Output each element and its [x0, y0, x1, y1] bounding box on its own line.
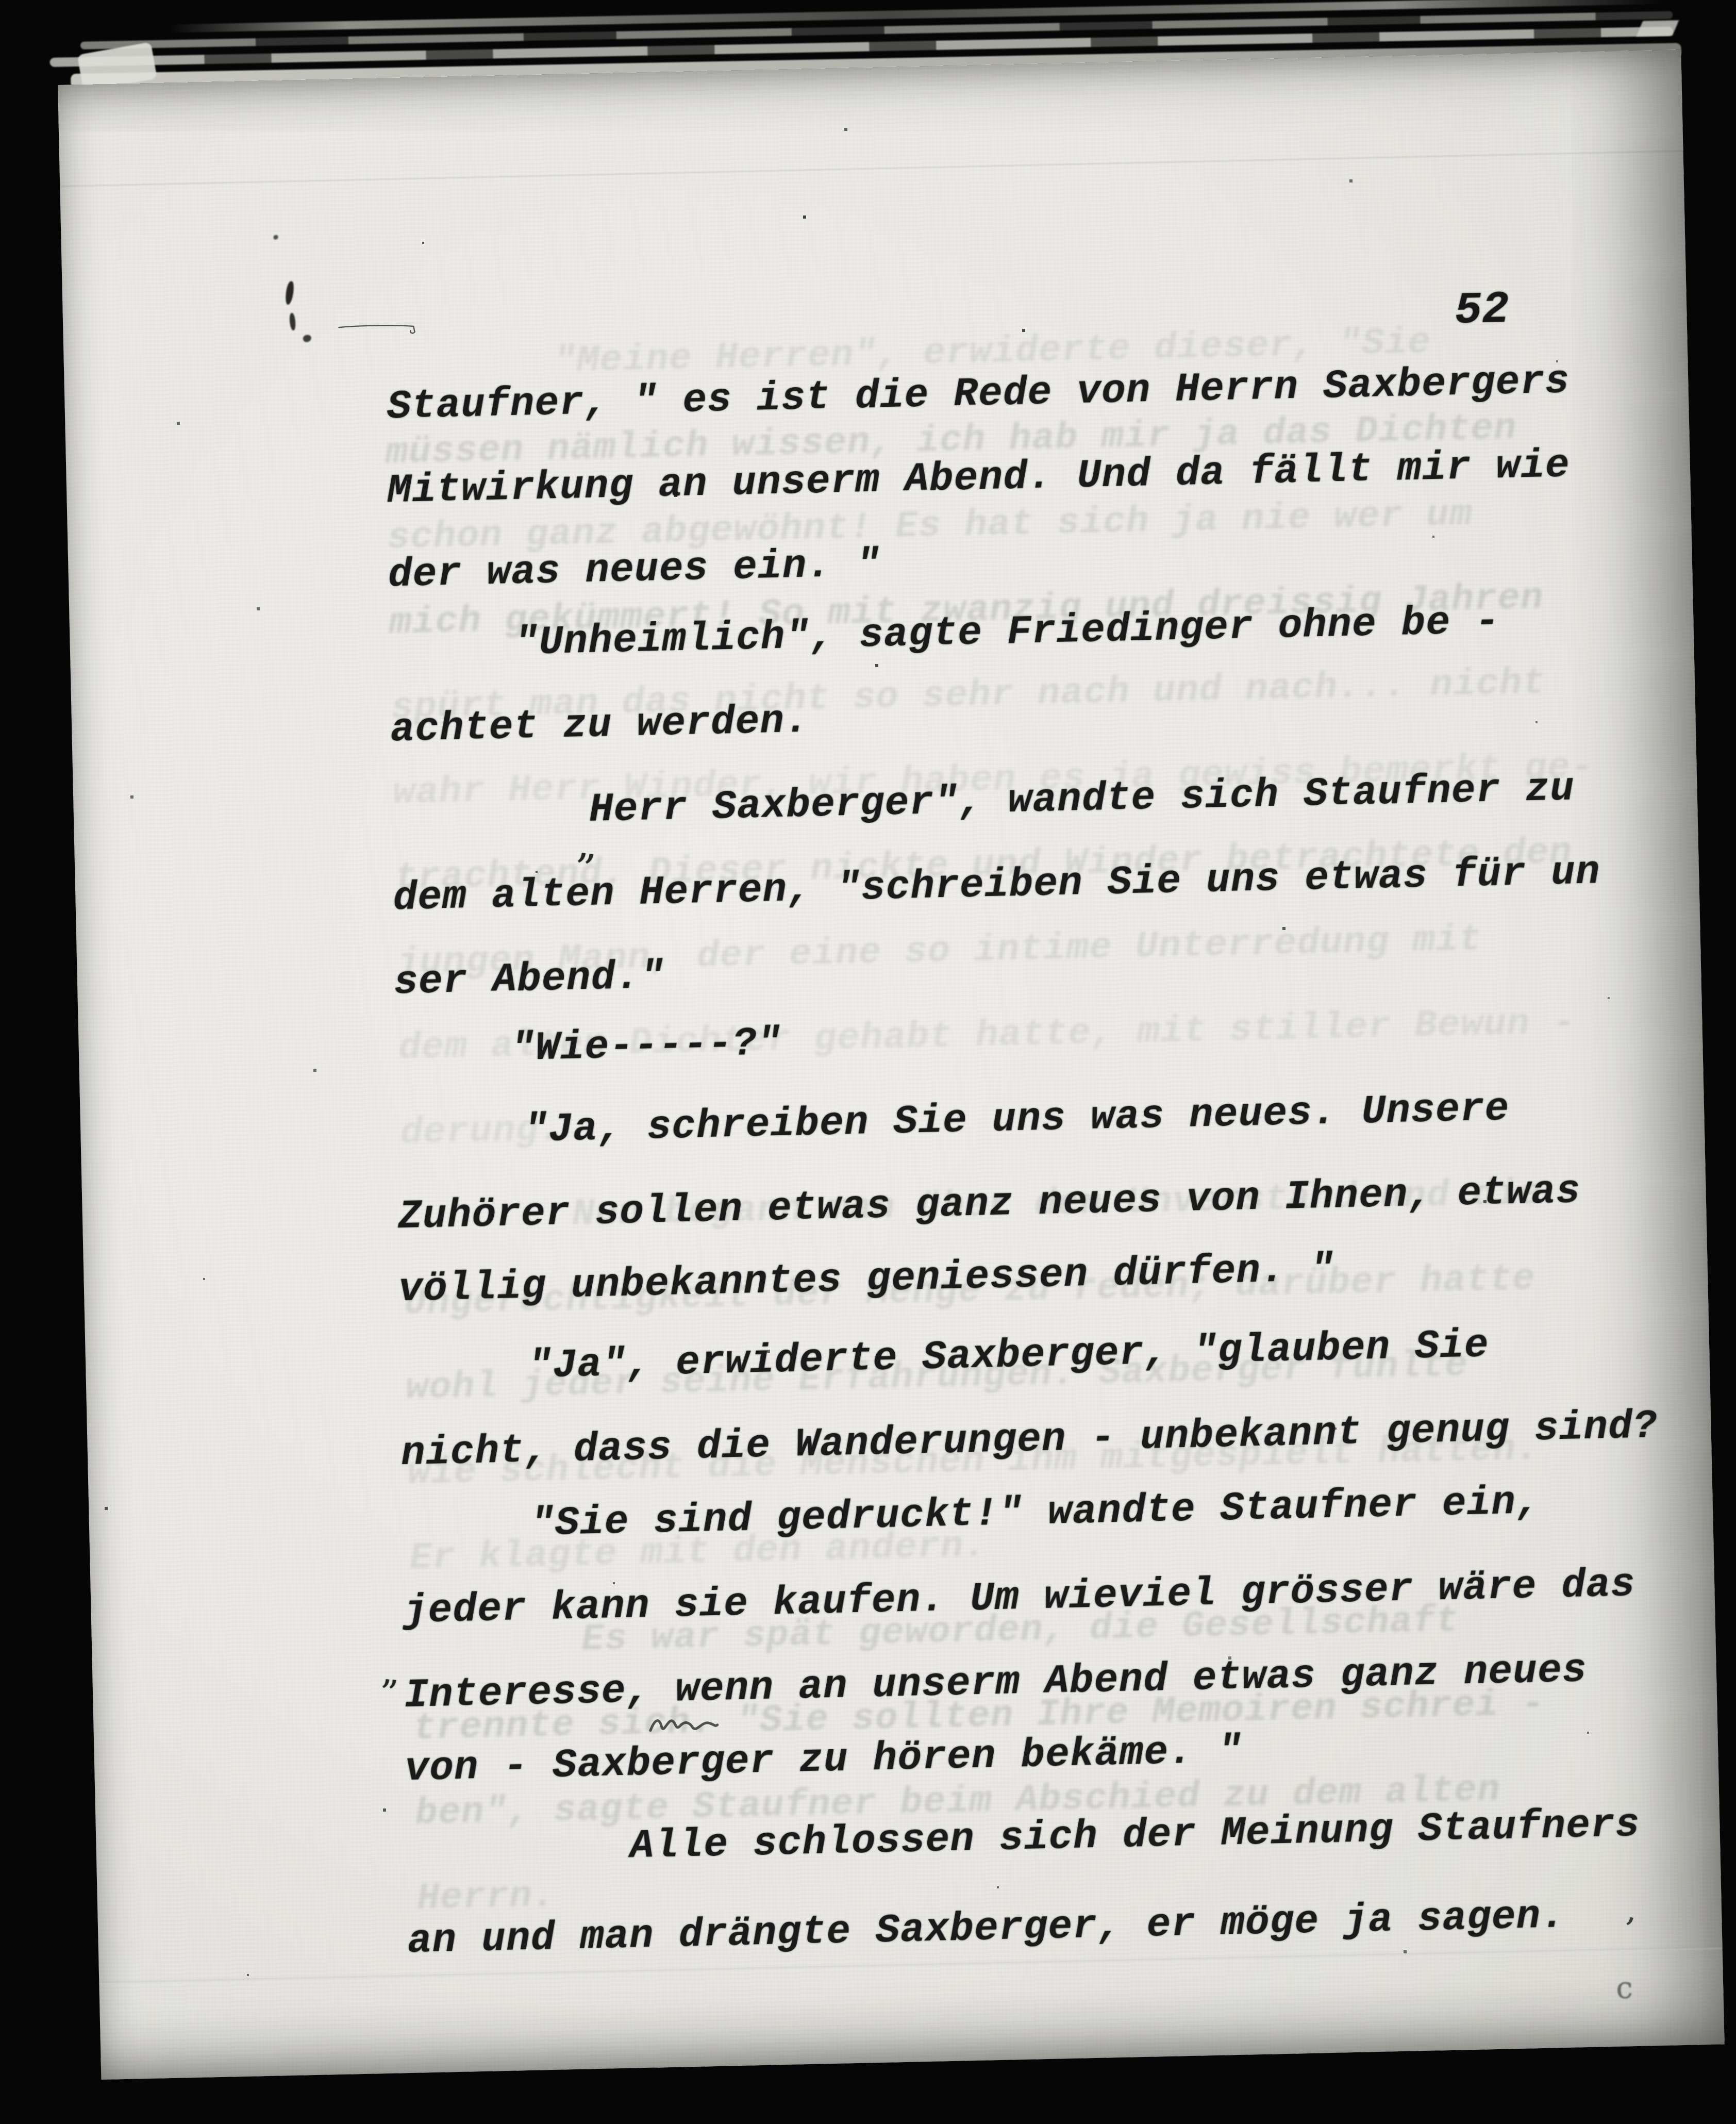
dust-specks	[0, 0, 1, 1]
ink-blot	[285, 281, 294, 305]
illegible-scribble-icon	[648, 1712, 721, 1737]
top-right-sheet-sliver	[1637, 20, 1679, 37]
bleed-through-line: Herrn.	[416, 1877, 556, 1917]
typed-line: ser Abend."	[393, 957, 665, 1003]
typed-line: achtet zu werden.	[390, 701, 810, 750]
scanned-document-canvas: { "document": { "kind": "typewritten man…	[0, 0, 1736, 2124]
ink-blot	[289, 313, 296, 331]
pen-line-mark	[337, 321, 428, 337]
pen-c-mark: c	[1615, 1970, 1633, 2005]
scan-streak	[60, 150, 1683, 187]
pen-tick-mark: ’	[1620, 1911, 1637, 1950]
typed-line: "Wie-----?"	[510, 1023, 782, 1069]
typed-line: Zuhörer sollen etwas ganz neues von Ihne…	[397, 1171, 1581, 1237]
typed-line: der was neues ein. "	[388, 544, 881, 595]
typed-line: "Ja, schreiben Sie uns was neues. Unsere	[524, 1089, 1510, 1151]
page-number: 52	[1454, 285, 1510, 337]
handwritten-quote-insertion: ”	[378, 1671, 399, 1715]
ink-blot	[303, 335, 311, 342]
typed-line: an und man drängte Saxberger, er möge ja…	[407, 1896, 1566, 1962]
typed-line: "Sie sind gedruckt!" wandte Staufner ein…	[530, 1482, 1541, 1545]
manuscript-page: 52 "Meine Herren", erwiderte dieser, "Si…	[58, 49, 1725, 2080]
ink-blot	[273, 235, 278, 240]
